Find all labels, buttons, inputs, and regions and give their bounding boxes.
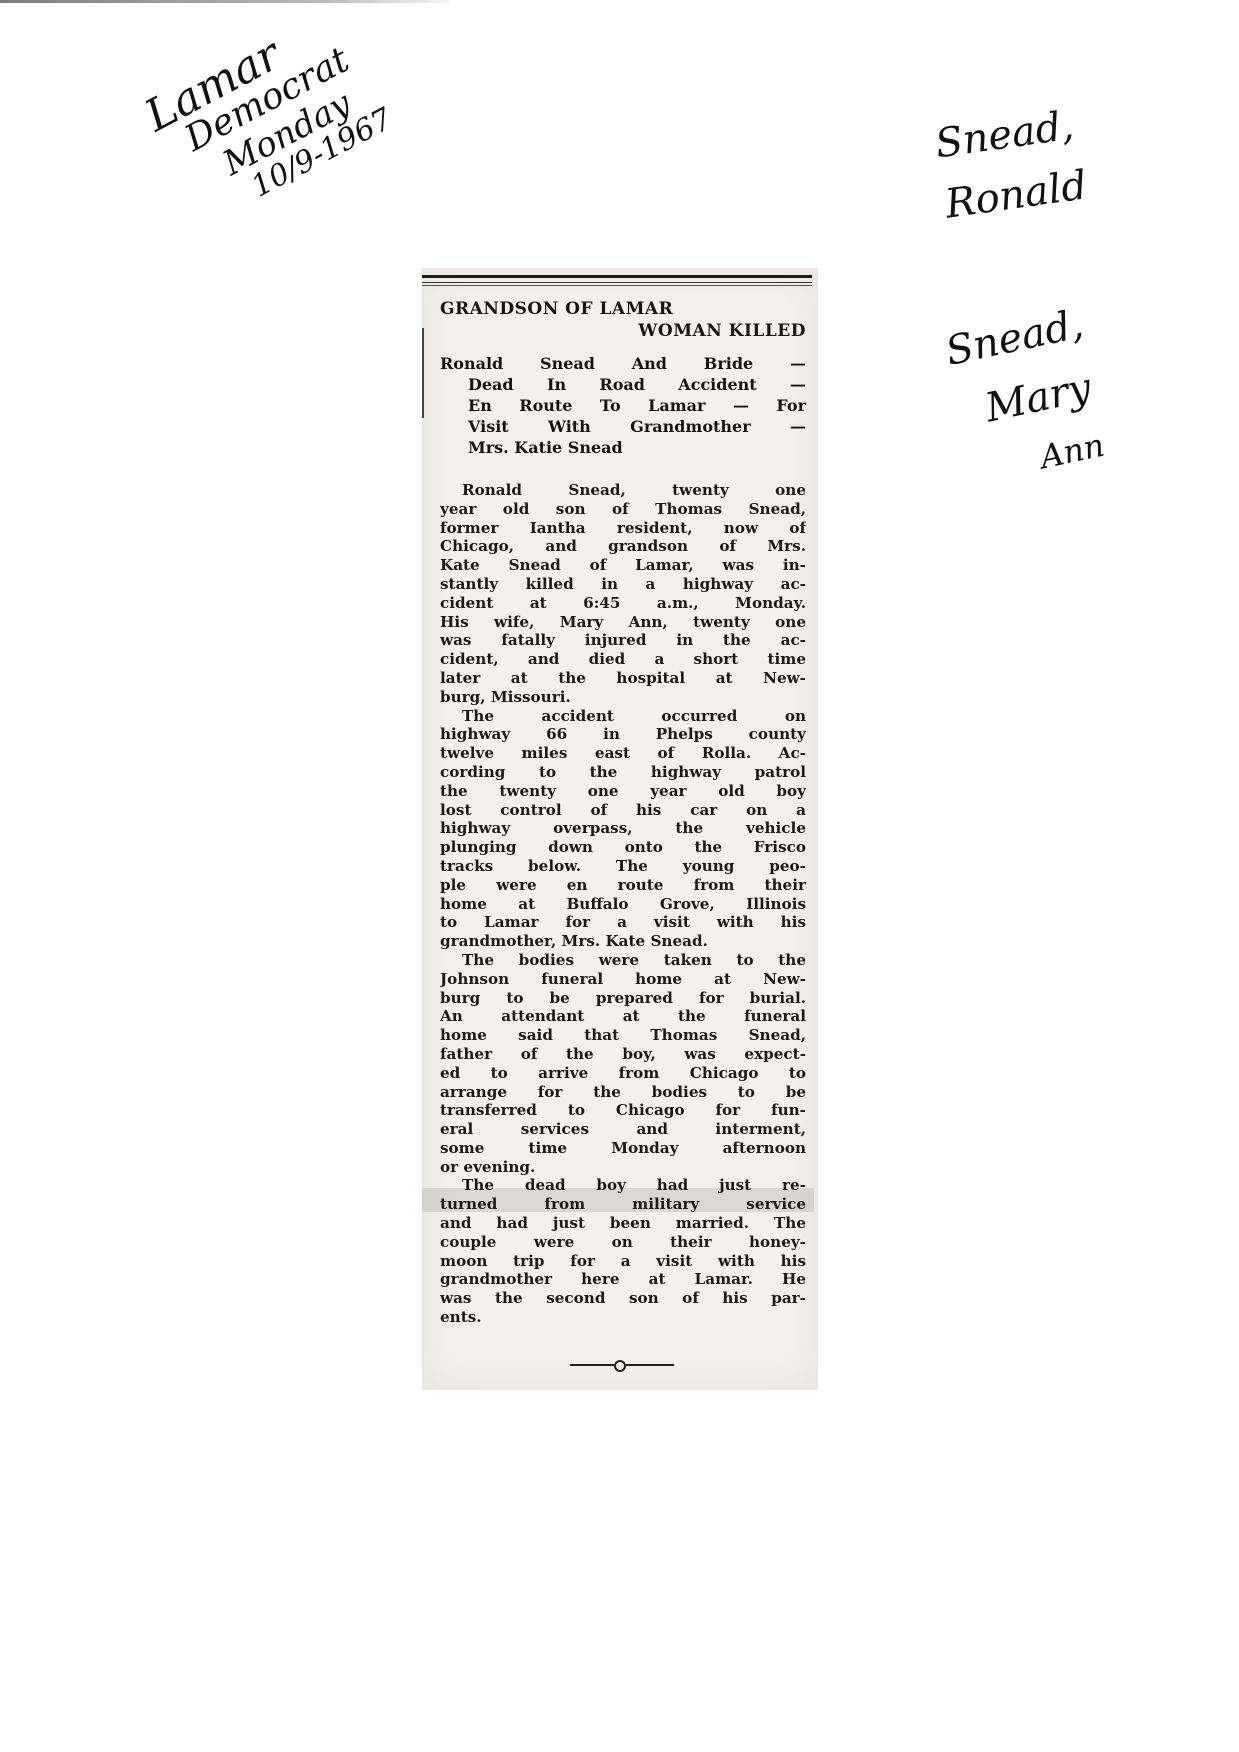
- article-paragraph: The accident occurred onhighway 66 in Ph…: [440, 707, 806, 951]
- article-headline: GRANDSON OF LAMAR WOMAN KILLED: [440, 298, 806, 342]
- article-line: grandmother here at Lamar. He: [440, 1270, 806, 1289]
- article-line: cording to the highway patrol: [440, 763, 806, 782]
- article-line: His wife, Mary Ann, twenty one: [440, 613, 806, 632]
- deck-line: Dead In Road Accident —: [440, 374, 806, 395]
- article-line: home said that Thomas Snead,: [440, 1026, 806, 1045]
- deck-line: En Route To Lamar — For: [440, 395, 806, 416]
- article-line: An attendant at the funeral: [440, 1007, 806, 1026]
- handwritten-source-note: Lamar Democrat Monday 10/9-1967: [130, 0, 397, 236]
- article-line: the twenty one year old boy: [440, 782, 806, 801]
- article-line: ents.: [440, 1308, 806, 1327]
- article-line: year old son of Thomas Snead,: [440, 500, 806, 519]
- article-line: highway overpass, the vehicle: [440, 819, 806, 838]
- article-line: was the second son of his par-: [440, 1289, 806, 1308]
- article-line: arrange for the bodies to be: [440, 1083, 806, 1102]
- article-line: cident at 6:45 a.m., Monday.: [440, 594, 806, 613]
- article-line: to Lamar for a visit with his: [440, 913, 806, 932]
- deck-line: Mrs. Katie Snead: [440, 437, 806, 458]
- article-line: burg, Missouri.: [440, 688, 806, 707]
- article-line: twelve miles east of Rolla. Ac-: [440, 744, 806, 763]
- article-line: cident, and died a short time: [440, 650, 806, 669]
- headline-line: WOMAN KILLED: [440, 320, 806, 342]
- article-line: Chicago, and grandson of Mrs.: [440, 537, 806, 556]
- handwritten-surname-2: Snead,: [942, 304, 1086, 372]
- article-line: Johnson funeral home at New-: [440, 970, 806, 989]
- article-line: father of the boy, was expect-: [440, 1045, 806, 1064]
- article-subheadline: Ronald Snead And Bride — Dead In Road Ac…: [440, 353, 806, 458]
- column-edge-rule: [422, 328, 424, 418]
- article-line: home at Buffalo Grove, Illinois: [440, 895, 806, 914]
- article-line: grandmother, Mrs. Kate Snead.: [440, 932, 806, 951]
- article-line: some time Monday afternoon: [440, 1139, 806, 1158]
- article-paragraph: The dead boy had just re-turned from mil…: [440, 1176, 806, 1326]
- article-line: or evening.: [440, 1158, 806, 1177]
- article-line: eral services and interment,: [440, 1120, 806, 1139]
- scan-edge-line: [0, 0, 450, 3]
- article-line: moon trip for a visit with his: [440, 1252, 806, 1271]
- article-line: Ronald Snead, twenty one: [440, 481, 806, 500]
- handwritten-given-name-2b: Ann: [1037, 429, 1107, 474]
- article-line: The bodies were taken to the: [440, 951, 806, 970]
- article-line: The dead boy had just re-: [440, 1176, 806, 1195]
- article-paragraph: The bodies were taken to theJohnson fune…: [440, 951, 806, 1177]
- article-body: Ronald Snead, twenty oneyear old son of …: [440, 481, 806, 1327]
- article-line: burg to be prepared for burial.: [440, 989, 806, 1008]
- article-line: turned from military service: [440, 1195, 806, 1214]
- article-line: and had just been married. The: [440, 1214, 806, 1233]
- handwritten-surname-1: Snead,: [933, 106, 1076, 165]
- article-line: The accident occurred on: [440, 707, 806, 726]
- article-line: was fatally injured in the ac-: [440, 631, 806, 650]
- article-line: transferred to Chicago for fun-: [440, 1101, 806, 1120]
- article-line: stantly killed in a highway ac-: [440, 575, 806, 594]
- deck-line: Ronald Snead And Bride —: [440, 353, 806, 374]
- article-line: former Iantha resident, now of: [440, 519, 806, 538]
- article-line: ed to arrive from Chicago to: [440, 1064, 806, 1083]
- article-line: ple were en route from their: [440, 876, 806, 895]
- article-line: tracks below. The young peo-: [440, 857, 806, 876]
- newspaper-clipping: GRANDSON OF LAMAR WOMAN KILLED Ronald Sn…: [422, 268, 818, 1390]
- article-line: highway 66 in Phelps county: [440, 725, 806, 744]
- handwritten-given-name-2: Mary: [982, 367, 1095, 428]
- end-of-article-dash: [570, 1360, 674, 1370]
- headline-line: GRANDSON OF LAMAR: [440, 298, 806, 320]
- article-line: lost control of his car on a: [440, 801, 806, 820]
- article-line: later at the hospital at New-: [440, 669, 806, 688]
- article-line: Kate Snead of Lamar, was in-: [440, 556, 806, 575]
- handwritten-given-name-1: Ronald: [943, 165, 1089, 224]
- deck-line: Visit With Grandmother —: [440, 416, 806, 437]
- article-line: couple were on their honey-: [440, 1233, 806, 1252]
- article-paragraph: Ronald Snead, twenty oneyear old son of …: [440, 481, 806, 707]
- column-rule-top: [422, 275, 812, 283]
- column-rule-thin: [422, 285, 812, 286]
- article-line: plunging down onto the Frisco: [440, 838, 806, 857]
